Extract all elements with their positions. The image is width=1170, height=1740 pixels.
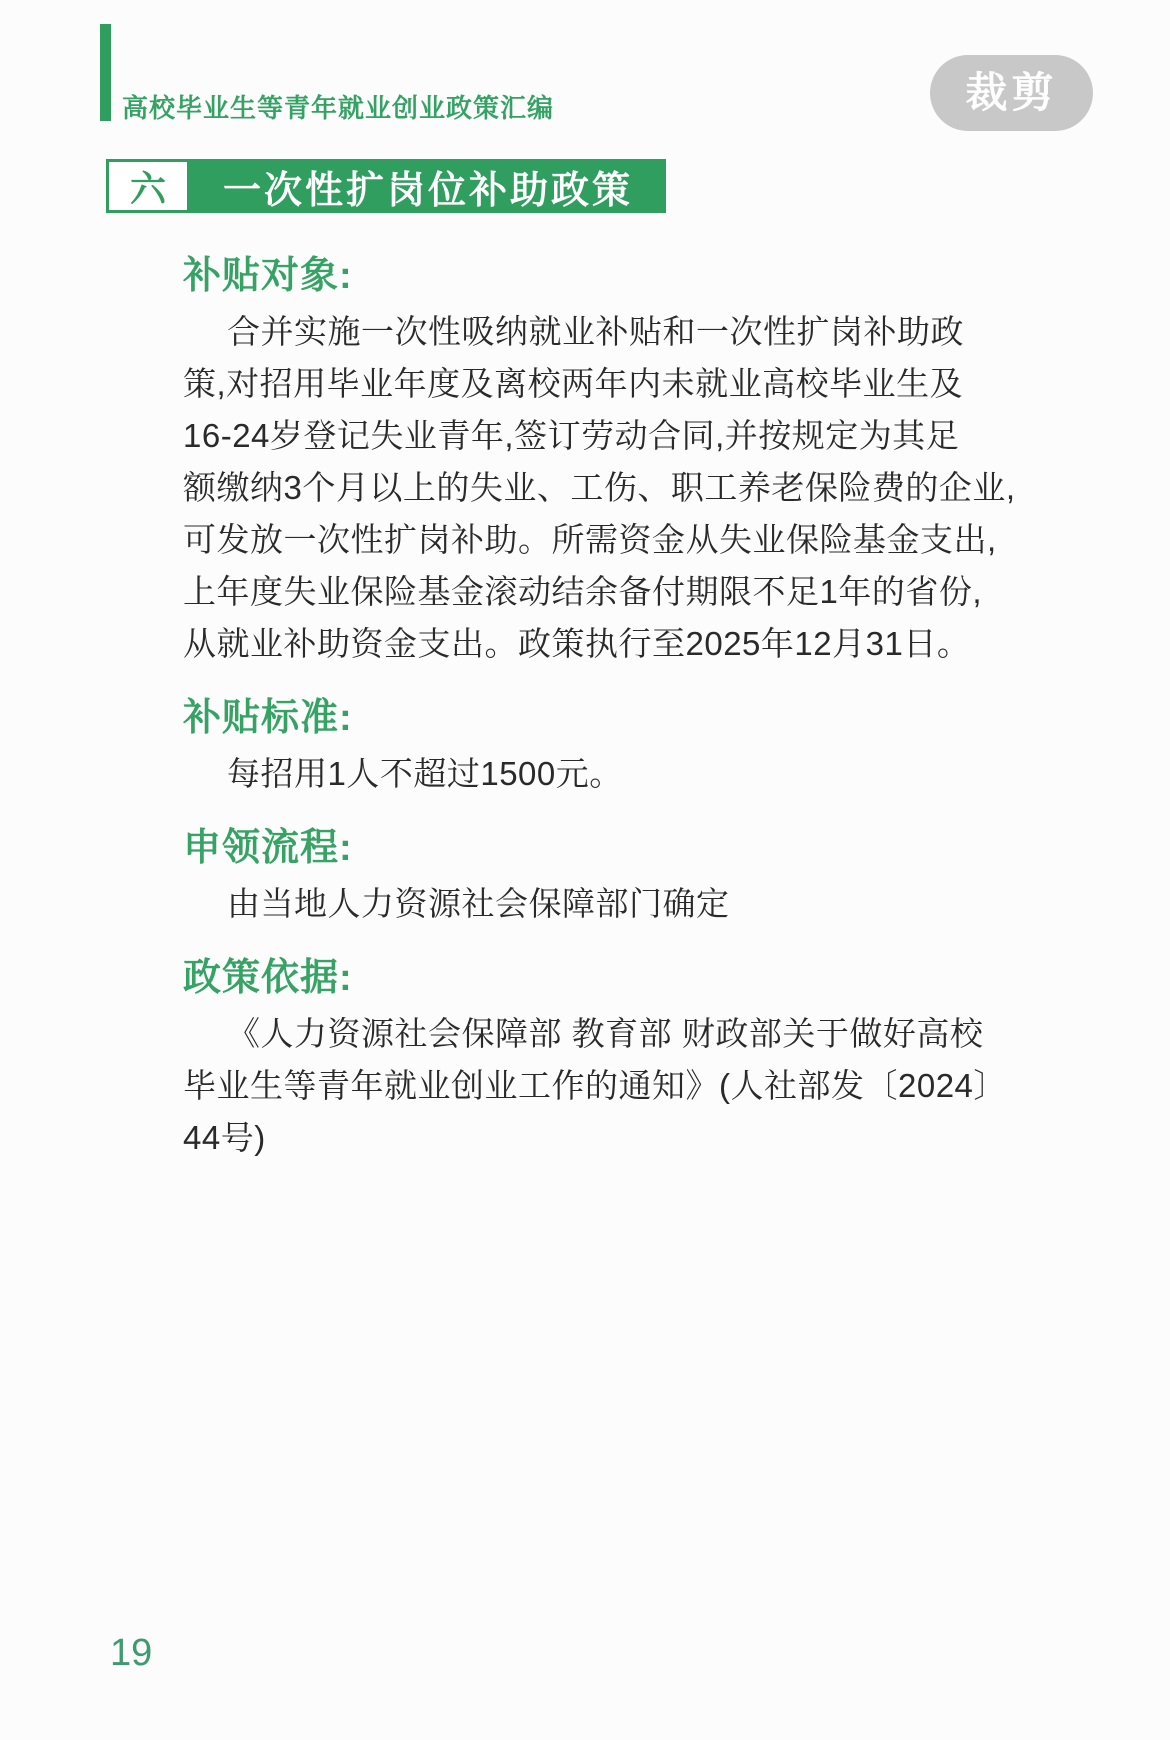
section-number-badge: 六 (106, 159, 190, 213)
page-number: 19 (110, 1632, 152, 1675)
crop-button[interactable]: 裁剪 (930, 55, 1093, 131)
body-line: 16-24岁登记失业青年,签订劳动合同,并按规定为其足 (183, 410, 983, 462)
paragraph-policy-basis: 《人力资源社会保障部 教育部 财政部关于做好高校 毕业生等青年就业创业工作的通知… (183, 1008, 983, 1164)
body-line: 从就业补助资金支出。政策执行至2025年12月31日。 (183, 618, 983, 670)
body-line: 44号) (183, 1112, 983, 1164)
heading-policy-basis: 政策依据: (183, 954, 983, 1002)
page-header-title: 高校毕业生等青年就业创业政策汇编 (122, 88, 554, 125)
section-title-bar: 一次性扩岗位补助政策 (190, 159, 666, 213)
body-line: 每招用1人不超过1500元。 (183, 748, 983, 800)
policy-content: 补贴对象: 合并实施一次性吸纳就业补贴和一次性扩岗补助政 策,对招用毕业年度及离… (183, 252, 983, 1166)
document-page: 高校毕业生等青年就业创业政策汇编 裁剪 六 一次性扩岗位补助政策 补贴对象: 合… (0, 0, 1170, 1740)
header-accent-bar (100, 24, 111, 121)
body-line: 上年度失业保险基金滚动结余备付期限不足1年的省份, (183, 566, 983, 618)
body-line: 毕业生等青年就业创业工作的通知》(人社部发〔2024〕 (183, 1060, 983, 1112)
paragraph-subsidy-standard: 每招用1人不超过1500元。 (183, 748, 983, 800)
body-line: 可发放一次性扩岗补助。所需资金从失业保险基金支出, (183, 514, 983, 566)
section-header: 六 一次性扩岗位补助政策 (106, 159, 666, 213)
body-line: 合并实施一次性吸纳就业补贴和一次性扩岗补助政 (183, 306, 983, 358)
body-line: 《人力资源社会保障部 教育部 财政部关于做好高校 (183, 1008, 983, 1060)
heading-subsidy-target: 补贴对象: (183, 252, 983, 300)
heading-application-process: 申领流程: (183, 824, 983, 872)
body-line: 由当地人力资源社会保障部门确定 (183, 878, 983, 930)
paragraph-subsidy-target: 合并实施一次性吸纳就业补贴和一次性扩岗补助政 策,对招用毕业年度及离校两年内未就… (183, 306, 983, 670)
paragraph-application-process: 由当地人力资源社会保障部门确定 (183, 878, 983, 930)
heading-subsidy-standard: 补贴标准: (183, 694, 983, 742)
body-line: 策,对招用毕业年度及离校两年内未就业高校毕业生及 (183, 358, 983, 410)
body-line: 额缴纳3个月以上的失业、工伤、职工养老保险费的企业, (183, 462, 983, 514)
